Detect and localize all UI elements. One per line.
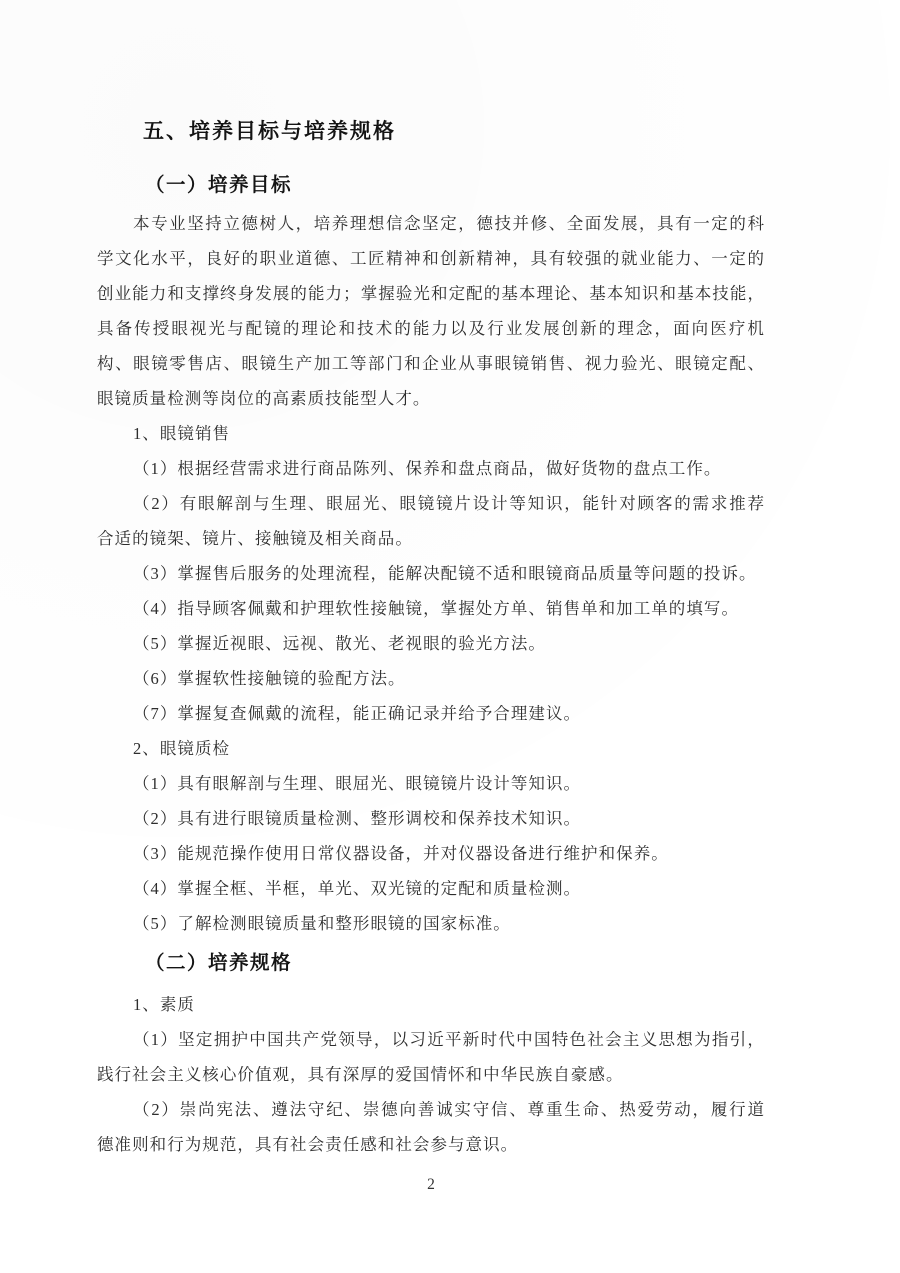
text-line: 创业能力和支撑终身发展的能力；掌握验光和定配的基本理论、基本知识和基本技能， — [97, 276, 765, 311]
page-number: 2 — [97, 1174, 765, 1196]
section-heading-spec: （二）培养规格 — [145, 949, 765, 977]
list-item: （4）指导顾客佩戴和护理软性接触镜，掌握处方单、销售单和加工单的填写。 — [97, 591, 765, 626]
list-item: （2）具有进行眼镜质量检测、整形调校和保养技术知识。 — [97, 801, 765, 836]
list-item: （5）掌握近视眼、远视、散光、老视眼的验光方法。 — [97, 626, 765, 661]
list-item: （2）崇尚宪法、遵法守纪、崇德向善诚实守信、尊重生命、热爱劳动，履行道 — [97, 1092, 765, 1127]
document-page: 五、培养目标与培养规格 （一）培养目标 本专业坚持立德树人，培养理想信念坚定，德… — [0, 0, 900, 1273]
list-title-quality: 2、眼镜质检 — [97, 731, 765, 766]
text-line: 本专业坚持立德树人，培养理想信念坚定，德技并修、全面发展，具有一定的科 — [97, 206, 765, 241]
list-item-continuation: 践行社会主义核心价值观，具有深厚的爱国情怀和中华民族自豪感。 — [97, 1057, 765, 1092]
section-heading-goal: （一）培养目标 — [145, 171, 765, 199]
list-title-sales: 1、眼镜销售 — [97, 416, 765, 451]
list-title-suzhi: 1、素质 — [97, 987, 765, 1022]
list-item: （5）了解检测眼镜质量和整形眼镜的国家标准。 — [97, 906, 765, 941]
text-line: 学文化水平，良好的职业道德、工匠精神和创新精神，具有较强的就业能力、一定的 — [97, 241, 765, 276]
text-line: 构、眼镜零售店、眼镜生产加工等部门和企业从事眼镜销售、视力验光、眼镜定配、 — [97, 346, 765, 381]
list-item: （7）掌握复查佩戴的流程，能正确记录并给予合理建议。 — [97, 696, 765, 731]
document-title: 五、培养目标与培养规格 — [143, 117, 765, 147]
list-item: （3）掌握售后服务的处理流程，能解决配镜不适和眼镜商品质量等问题的投诉。 — [97, 556, 765, 591]
list-item: （1）具有眼解剖与生理、眼屈光、眼镜镜片设计等知识。 — [97, 766, 765, 801]
list-item-continuation: 合适的镜架、镜片、接触镜及相关商品。 — [97, 521, 765, 556]
list-item: （6）掌握软性接触镜的验配方法。 — [97, 661, 765, 696]
text-line: 具备传授眼视光与配镜的理论和技术的能力以及行业发展创新的理念，面向医疗机 — [97, 311, 765, 346]
list-item: （1）根据经营需求进行商品陈列、保养和盘点商品，做好货物的盘点工作。 — [97, 451, 765, 486]
text-line: 眼镜质量检测等岗位的高素质技能型人才。 — [97, 381, 765, 416]
list-item: （2）有眼解剖与生理、眼屈光、眼镜镜片设计等知识，能针对顾客的需求推荐 — [97, 486, 765, 521]
list-item: （1）坚定拥护中国共产党领导，以习近平新时代中国特色社会主义思想为指引， — [97, 1022, 765, 1057]
list-item: （4）掌握全框、半框，单光、双光镜的定配和质量检测。 — [97, 871, 765, 906]
list-item-continuation: 德准则和行为规范，具有社会责任感和社会参与意识。 — [97, 1127, 765, 1162]
list-item: （3）能规范操作使用日常仪器设备，并对仪器设备进行维护和保养。 — [97, 836, 765, 871]
page-content: 五、培养目标与培养规格 （一）培养目标 本专业坚持立德树人，培养理想信念坚定，德… — [97, 0, 765, 1162]
